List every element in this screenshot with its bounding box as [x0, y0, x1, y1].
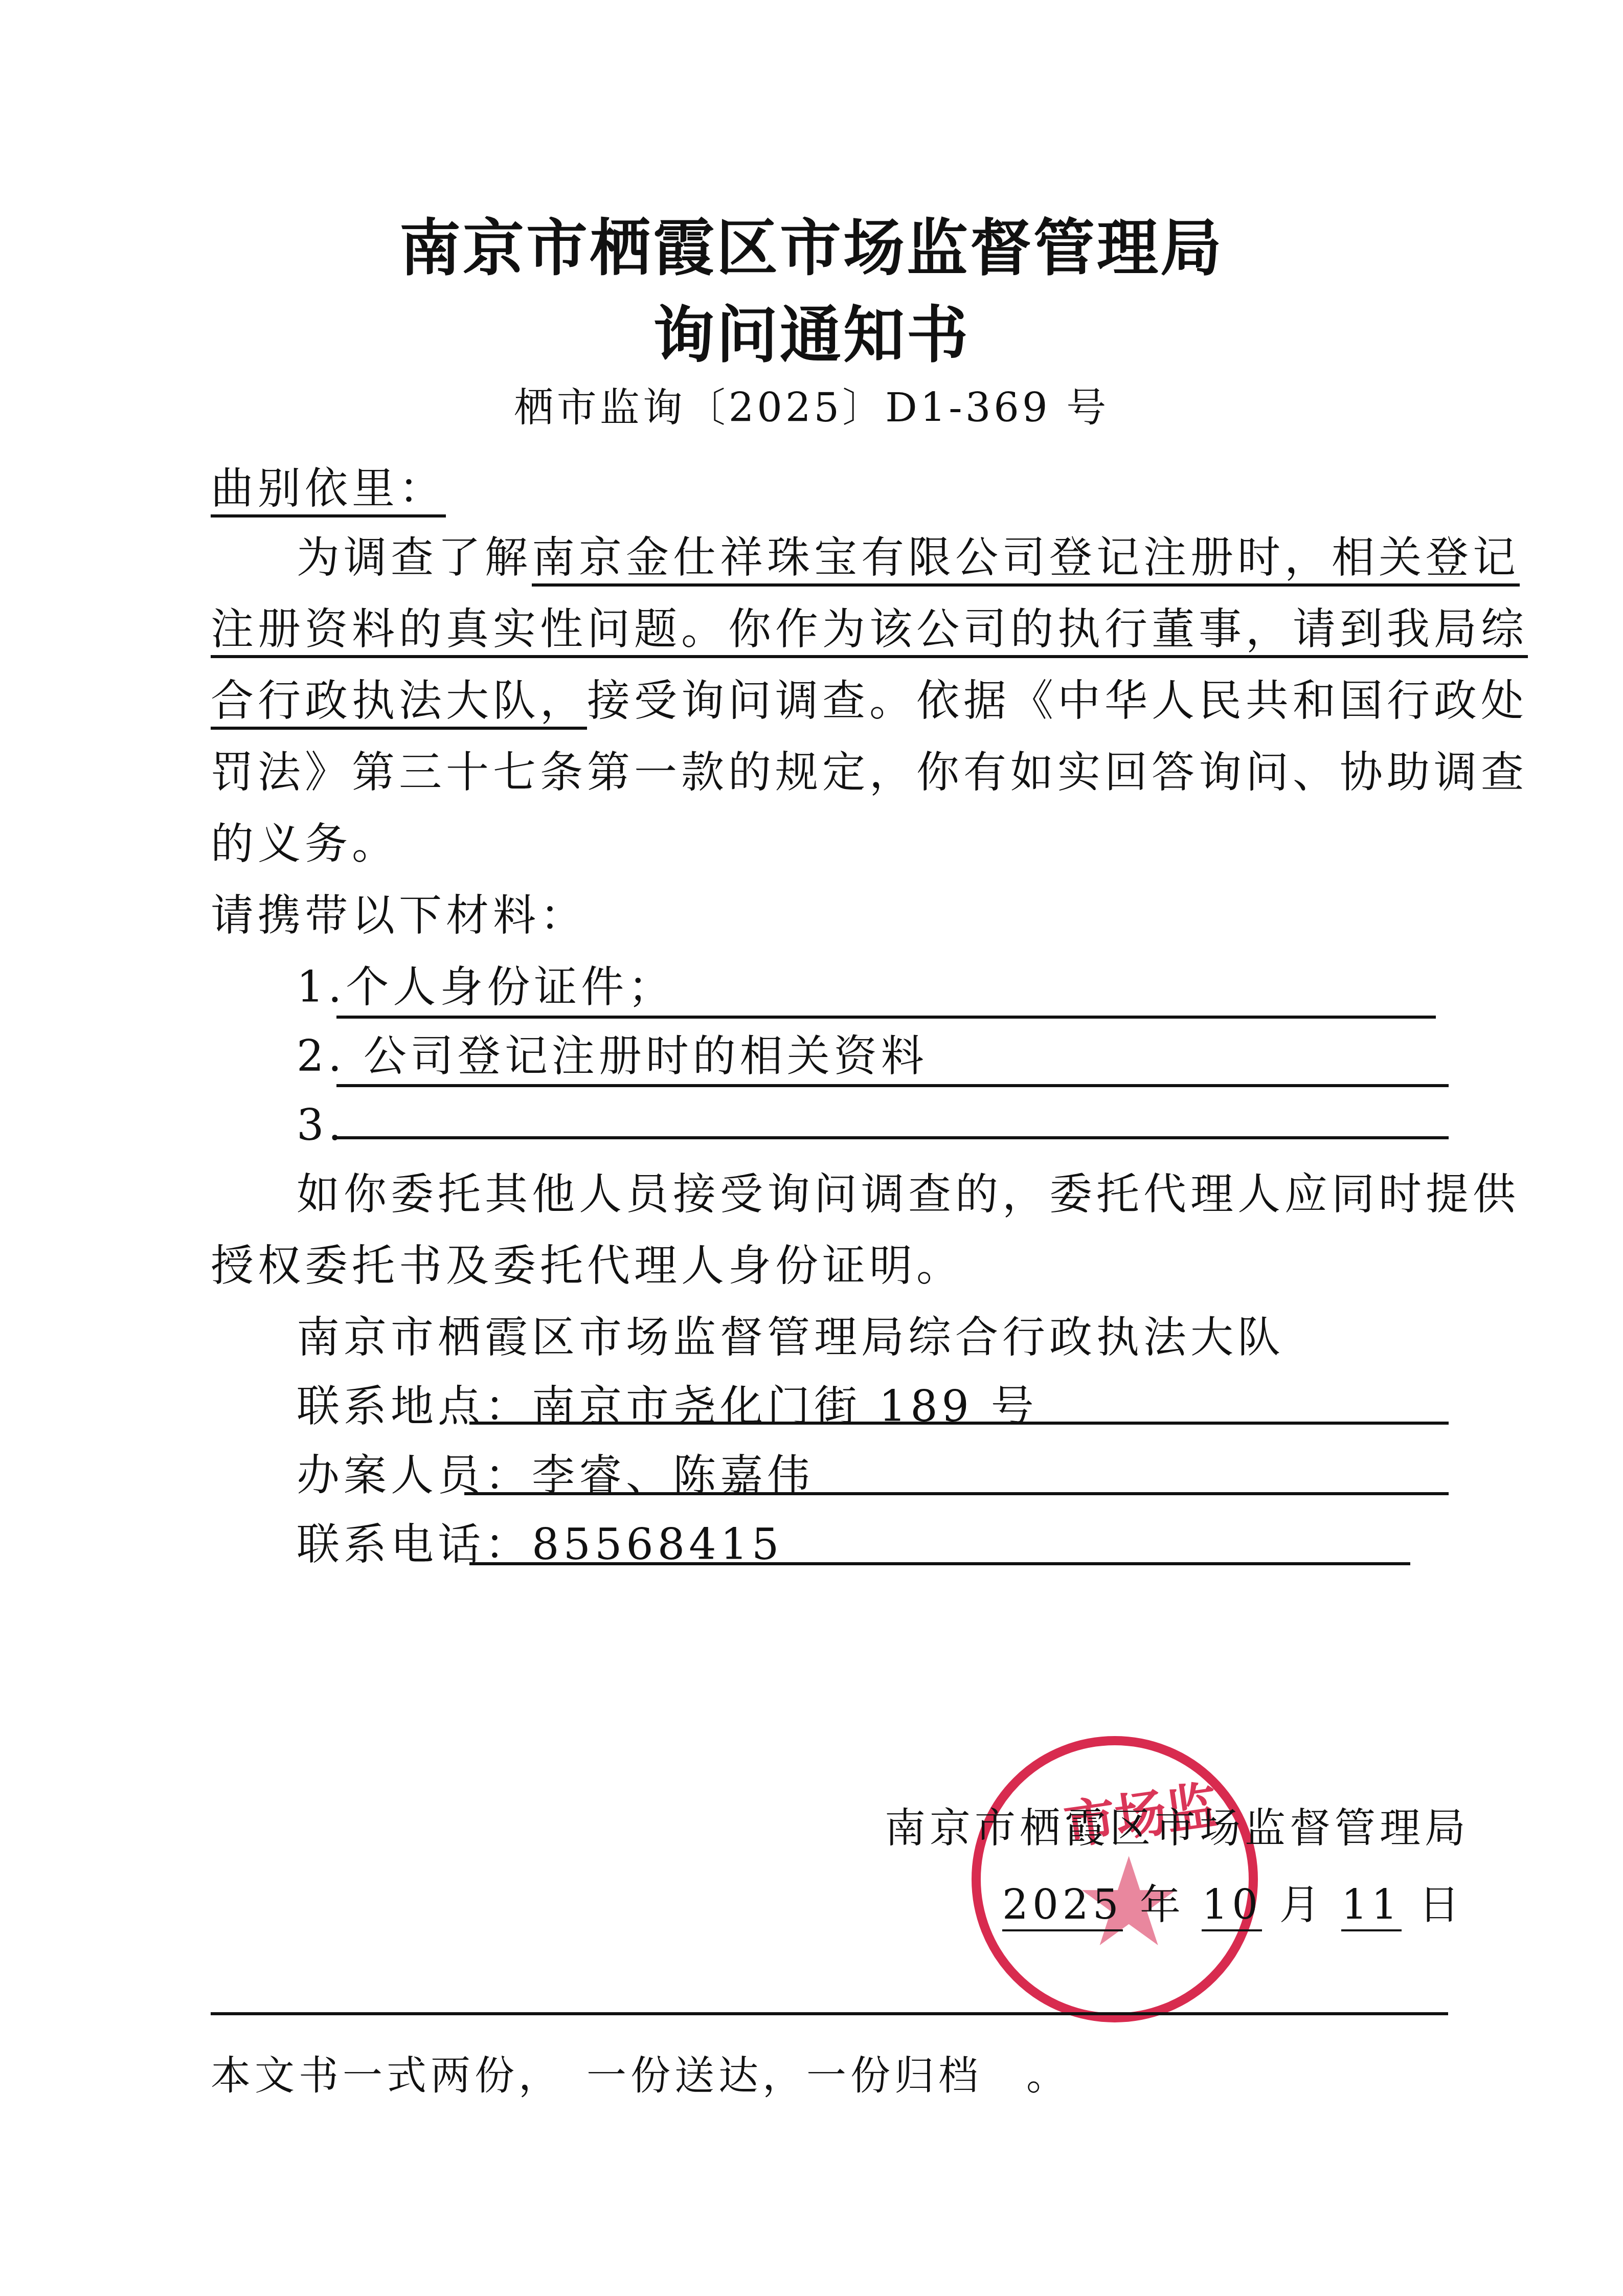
phone-fill-line [469, 1562, 1410, 1565]
footer-note: 本文书一式两份， 一份送达，一份归档 。 [211, 2040, 1070, 2112]
address-fill-line [469, 1422, 1449, 1425]
body-line-5: 的义务。 [211, 808, 399, 880]
recipient-name: 曲别依里： [211, 463, 446, 517]
staff-fill-line [464, 1492, 1449, 1495]
phone-label: 联系电话 [297, 1519, 485, 1569]
address-label: 联系地点 [297, 1381, 485, 1431]
body-line-1: 为调查了解南京金仕祥珠宝有限公司登记注册时，相关登记 [297, 522, 1520, 593]
date-month: 10 [1202, 1881, 1262, 1931]
body-text: 接受询问调查。依据《中华人民共和国行政处 [587, 676, 1528, 726]
item-number: 2. [297, 1031, 346, 1081]
signature-date: 2025 年 10 月 11 日 [1002, 1872, 1463, 1930]
body-underlined-2: 注册资料的真实性问题。你作为该公司的执行董事，请到我局综 [211, 604, 1528, 658]
body-line-2: 注册资料的真实性问题。你作为该公司的执行董事，请到我局综 [211, 593, 1528, 665]
delegation-line-1: 如你委托其他人员接受询问调查的，委托代理人应同时提供 [297, 1158, 1520, 1230]
contact-unit: 南京市栖霞区市场监督管理局综合行政执法大队 [297, 1301, 1284, 1373]
staff-label: 办案人员 [297, 1450, 485, 1500]
delegation-line-2: 授权委托书及委托代理人身份证明。 [211, 1230, 963, 1301]
contact-address: 联系地点：南京市尧化门街 189 号 [297, 1370, 1038, 1442]
date-year: 2025 [1002, 1881, 1123, 1931]
item-number: 1. [297, 962, 346, 1012]
signature-agency: 南京市栖霞区市场监督管理局 [885, 1795, 1470, 1854]
recipient: 曲别依里： [211, 453, 446, 524]
agency-title: 南京市栖霞区市场监督管理局 [0, 199, 1623, 287]
body-underlined-3: 合行政执法大队， [211, 676, 587, 730]
body-line-4: 罚法》第三十七条第一款的规定，你有如实回答询问、协助调查 [211, 736, 1528, 808]
document-number: 栖市监询〔2025〕D1-369 号 [0, 376, 1623, 433]
material-item-1: 1.个人身份证件； [297, 951, 675, 1023]
material-item-3: 3. [297, 1089, 346, 1161]
date-year-unit: 年 [1140, 1881, 1185, 1928]
date-day: 11 [1341, 1881, 1402, 1931]
contact-staff: 办案人员：李睿、陈嘉伟 [297, 1439, 814, 1511]
footer-divider [211, 2012, 1448, 2015]
body-line-3: 合行政执法大队，接受询问调查。依据《中华人民共和国行政处 [211, 665, 1528, 736]
item-number: 3. [297, 1100, 346, 1150]
material-item-2: 2. 公司登记注册时的相关资料 [297, 1020, 928, 1092]
materials-heading: 请携带以下材料： [211, 880, 587, 951]
date-day-unit: 日 [1418, 1881, 1463, 1928]
item-text: 个人身份证件； [346, 962, 675, 1012]
fill-line-1 [336, 1016, 1436, 1019]
document-title: 询问通知书 [0, 286, 1623, 374]
date-month-unit: 月 [1279, 1881, 1324, 1928]
contact-phone: 联系电话：85568415 [297, 1509, 783, 1580]
item-text: 公司登记注册时的相关资料 [346, 1031, 928, 1081]
fill-line-2 [336, 1084, 1449, 1087]
body-text: 为调查了解 [297, 532, 532, 582]
fill-line-3 [336, 1136, 1449, 1139]
company-name-underlined: 南京金仕祥珠宝有限公司登记注册时，相关登记 [532, 532, 1520, 587]
